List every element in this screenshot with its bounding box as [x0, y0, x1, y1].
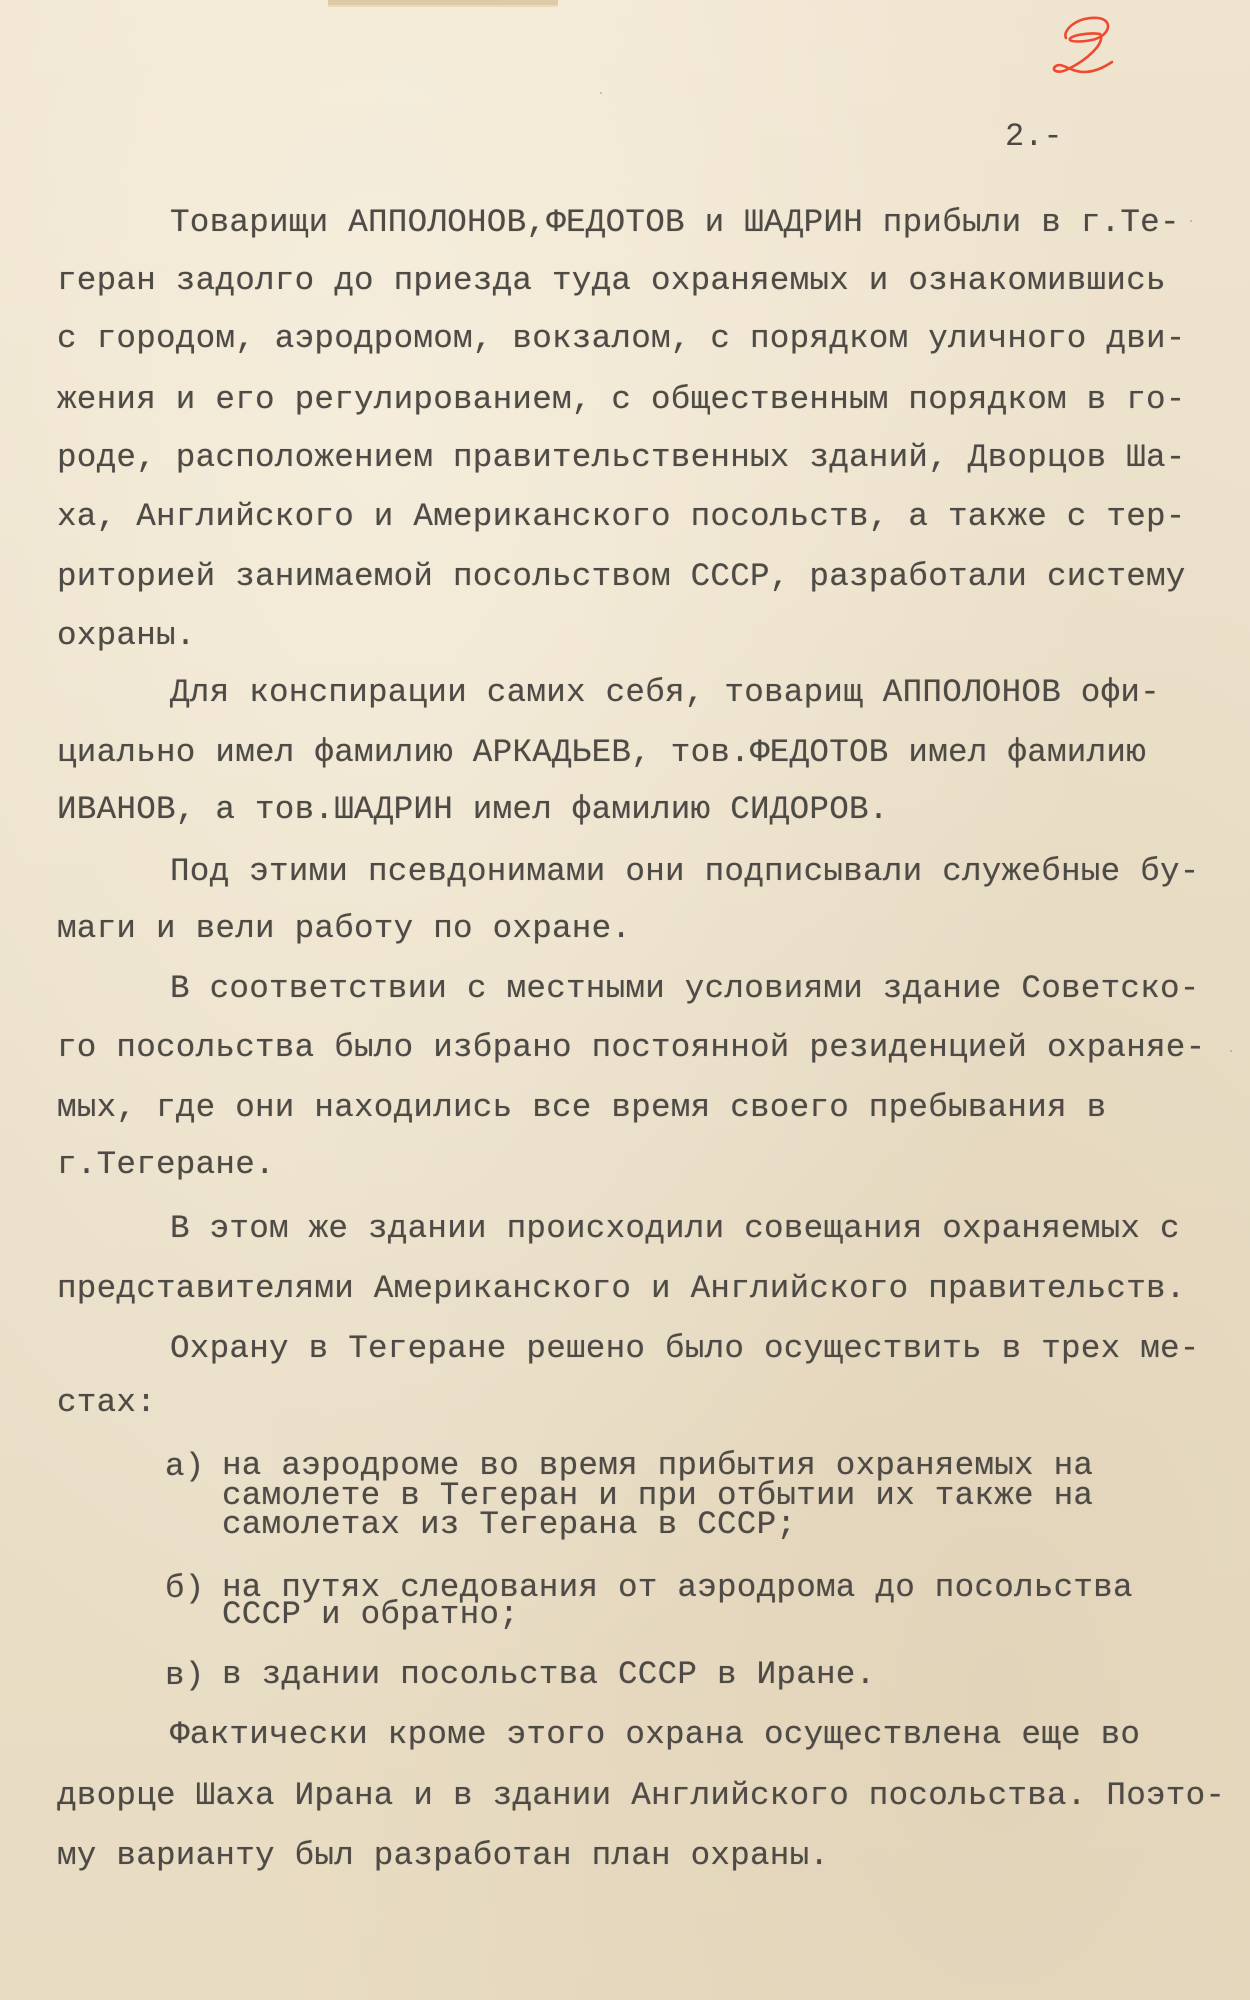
text-line: охраны. — [57, 620, 196, 653]
list-marker: в) — [165, 1660, 205, 1693]
text-line: Под этими псевдонимами они подписывали с… — [170, 856, 1200, 889]
text-line: циально имел фамилию АРКАДЬЕВ, тов.ФЕДОТ… — [57, 737, 1146, 770]
text-line: мых, где они находились все время своего… — [57, 1092, 1106, 1125]
list-item-line: в здании посольства СССР в Иране. — [222, 1660, 875, 1689]
paper-speck — [540, 1282, 542, 1284]
text-line: В соответствии с местными условиями здан… — [170, 973, 1200, 1006]
red-page-mark — [1048, 12, 1118, 78]
text-line: представителями Американского и Английск… — [57, 1273, 1186, 1306]
text-line: риторией занимаемой посольством СССР, ра… — [57, 561, 1186, 594]
paper-speck — [1230, 1050, 1232, 1052]
text-line: Для конспирации самих себя, товарищ АППО… — [170, 677, 1160, 710]
text-line: Товарищи АППОЛОНОВ,ФЕДОТОВ и ШАДРИН приб… — [170, 207, 1180, 240]
text-line: му варианту был разработан план охраны. — [57, 1840, 829, 1873]
list-item-line: СССР и обратно; — [222, 1600, 519, 1629]
page-number: 2.- — [1005, 118, 1063, 155]
paper-speck — [1190, 220, 1192, 222]
list-marker: а) — [165, 1451, 205, 1484]
text-line: маги и вели работу по охране. — [57, 913, 631, 946]
text-line: В этом же здании происходили совещания о… — [170, 1213, 1180, 1246]
list-marker: б) — [165, 1573, 205, 1606]
paper-speck — [330, 1292, 332, 1294]
paper-tab-edge — [328, 0, 558, 7]
text-line: г.Тегеране. — [57, 1149, 275, 1182]
text-line: с городом, аэродромом, вокзалом, с поряд… — [57, 323, 1186, 356]
text-line: ха, Английского и Американского посольст… — [57, 501, 1186, 534]
text-line: жения и его регулированием, с общественн… — [57, 384, 1186, 417]
list-item-line: самолетах из Тегерана в СССР; — [222, 1510, 796, 1539]
text-line: го посольства было избрано постоянной ре… — [57, 1032, 1205, 1065]
text-line: Охрану в Тегеране решено было осуществит… — [170, 1333, 1200, 1366]
list-item-line: на аэродроме во время прибытия охраняемы… — [222, 1451, 1093, 1480]
text-line: геран задолго до приезда туда охраняемых… — [57, 265, 1166, 298]
text-line: роде, расположением правительственных зд… — [57, 442, 1186, 475]
text-line: дворце Шаха Ирана и в здании Английского… — [57, 1780, 1225, 1813]
paper-page: 2.- Товарищи АППОЛОНОВ,ФЕДОТОВ и ШАДРИН … — [0, 0, 1250, 2000]
text-line: стах: — [57, 1387, 156, 1420]
paper-speck — [600, 92, 602, 94]
text-line: Фактически кроме этого охрана осуществле… — [170, 1719, 1140, 1752]
text-line: ИВАНОВ, а тов.ШАДРИН имел фамилию СИДОРО… — [57, 794, 889, 827]
